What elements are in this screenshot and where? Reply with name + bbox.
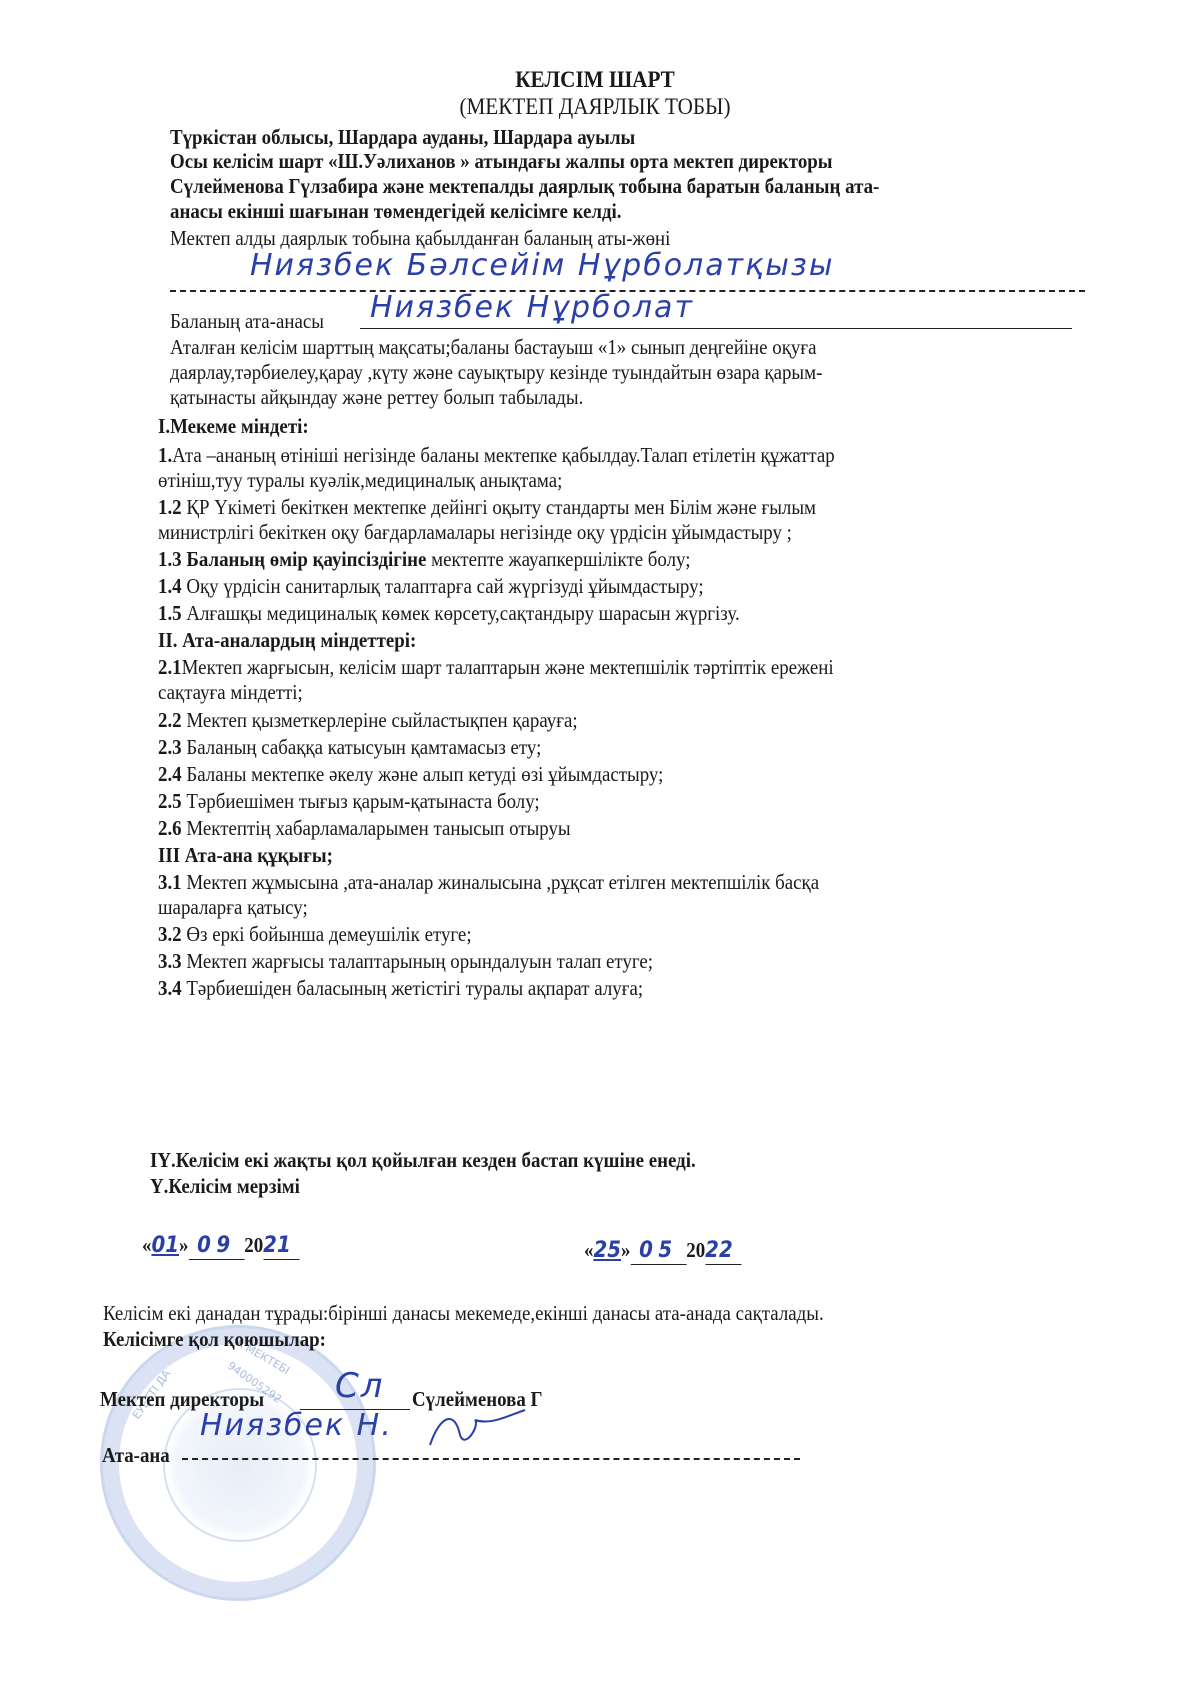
intro-line-3: анасы екінші шағынан төмендегідей келісі… <box>170 198 622 224</box>
item-bold-text: Баланың өмір қауіпсіздігіне <box>182 547 427 571</box>
date-start-month[interactable]: 09 <box>188 1233 244 1260</box>
section2-item-5: 2.5 Тәрбиешімен тығыз қарым-қатынаста бо… <box>158 788 540 814</box>
section1-heading: І.Мекеме міндеті: <box>158 413 309 439</box>
item-number: 2.2 <box>158 708 182 732</box>
date-end-year[interactable]: 22 <box>705 1238 741 1265</box>
item-number: 1. <box>158 443 172 467</box>
section3-item-2: 3.2 Өз еркі бойынша демеушілік етуге; <box>158 921 472 947</box>
item-number: 2.3 <box>158 735 182 759</box>
copies-note: Келісім екі данадан тұрады:бірінші данас… <box>103 1300 824 1326</box>
section1-item-2-cont: министрлігі бекіткен оқу бағдарламалары … <box>158 519 792 545</box>
item-text: мектепте жауапкершілікте болу; <box>426 547 690 571</box>
date-end-day[interactable]: 25 <box>593 1238 621 1263</box>
parent-signature-flourish-icon <box>420 1405 530 1455</box>
section2-heading: ІІ. Ата-аналардың міндеттері: <box>158 627 416 653</box>
item-text: Мектеп қызметкерлеріне сыйластықпен қара… <box>182 708 578 732</box>
item-text: Ата –ананың өтініші негізінде баланы мек… <box>172 443 835 467</box>
date-start-year[interactable]: 21 <box>263 1233 299 1260</box>
section2-item-6: 2.6 Мектептің хабарламаларымен танысып о… <box>158 815 571 841</box>
item-number: 1.2 <box>158 495 182 519</box>
parent-name-field[interactable]: Ниязбек Нұрболат <box>370 290 694 325</box>
section3-item-4: 3.4 Тәрбиешіден баласының жетістігі тура… <box>158 975 643 1001</box>
section2-item-1: 2.1Мектеп жарғысын, келісім шарт талапта… <box>158 654 834 680</box>
signatories-heading: Келісімге қол қоюшылар: <box>103 1326 326 1352</box>
item-text: Оқу үрдісін санитарлық талаптарға сай жү… <box>182 574 704 598</box>
item-number: 2.1 <box>158 655 182 679</box>
item-text: ҚР Үкіметі бекіткен мектепке дейінгі оқы… <box>182 495 816 519</box>
item-number: 2.4 <box>158 762 182 786</box>
item-text: Баланың сабаққа катысуын қамтамасыз ету; <box>182 735 542 759</box>
section3-heading: ІІІ Ата-ана құқығы; <box>158 842 333 868</box>
purpose-line-1: Аталған келісім шарттың мақсаты;баланы б… <box>170 334 817 360</box>
intro-line-1: Осы келісім шарт «Ш.Уәлиханов » атындағы… <box>170 148 833 174</box>
section1-item-1: 1.Ата –ананың өтініші негізінде баланы м… <box>158 442 835 468</box>
item-number: 3.2 <box>158 922 182 946</box>
section2-item-1-cont: сақтауға міндетті; <box>158 679 303 705</box>
item-text: Мектеп жұмысына ,ата-аналар жиналысына ,… <box>182 870 819 894</box>
section1-item-5: 1.5 Алғашқы медициналық көмек көрсету,са… <box>158 600 740 626</box>
item-text: Алғашқы медициналық көмек көрсету,сақтан… <box>182 601 740 625</box>
intro-line-2: Сүлейменова Гүлзабира және мектепалды да… <box>170 173 879 199</box>
parent-sign-label: Ата-ана <box>102 1442 170 1468</box>
section5-heading: Ү.Келісім мерзімі <box>150 1173 300 1199</box>
section3-item-1-cont: шараларға қатысу; <box>158 894 308 920</box>
item-text: Өз еркі бойынша демеушілік етуге; <box>182 922 472 946</box>
date-start: «01»092021 <box>142 1232 299 1260</box>
item-number: 1.4 <box>158 574 182 598</box>
section1-item-2: 1.2 ҚР Үкіметі бекіткен мектепке дейінгі… <box>158 494 816 520</box>
date-end-month[interactable]: 05 <box>630 1238 686 1265</box>
section3-item-3: 3.3 Мектеп жарғысы талаптарының орындалу… <box>158 948 653 974</box>
item-number: 3.1 <box>158 870 182 894</box>
item-number: 2.6 <box>158 816 182 840</box>
item-number: 3.4 <box>158 976 182 1000</box>
date-start-day[interactable]: 01 <box>151 1233 179 1258</box>
item-number: 3.3 <box>158 949 182 973</box>
item-text: Мектеп жарғысын, келісім шарт талаптарын… <box>182 655 834 679</box>
director-signature[interactable]: Сл <box>335 1366 384 1406</box>
section2-item-3: 2.3 Баланың сабаққа катысуын қамтамасыз … <box>158 734 541 760</box>
item-number: 1.3 <box>158 547 182 571</box>
section1-item-4: 1.4 Оқу үрдісін санитарлық талаптарға са… <box>158 573 704 599</box>
parent-name-label: Баланың ата-анасы <box>170 308 324 334</box>
purpose-line-3: қатынасты айқындау және реттеу болып таб… <box>170 384 583 410</box>
item-number: 2.5 <box>158 789 182 813</box>
section1-item-3: 1.3 Баланың өмір қауіпсіздігіне мектепте… <box>158 546 691 572</box>
item-number: 1.5 <box>158 601 182 625</box>
parent-signature[interactable]: Ниязбек Н. <box>200 1408 393 1443</box>
document-title: КЕЛСІМ ШАРТ <box>48 66 1143 94</box>
section3-item-1: 3.1 Мектеп жұмысына ,ата-аналар жиналысы… <box>158 869 819 895</box>
child-name-field[interactable]: Ниязбек Бәлсейім Нұрболатқызы <box>250 248 835 283</box>
location-line: Түркістан облысы, Шардара ауданы, Шардар… <box>170 124 635 150</box>
item-text: Тәрбиешімен тығыз қарым-қатынаста болу; <box>182 789 540 813</box>
item-text: Мектеп жарғысы талаптарының орындалуын т… <box>182 949 653 973</box>
item-text: Тәрбиешіден баласының жетістігі туралы а… <box>182 976 644 1000</box>
item-text: Мектептің хабарламаларымен танысып отыру… <box>182 816 571 840</box>
purpose-line-2: даярлау,тәрбиелеу,қарау ,күту және сауық… <box>170 359 822 385</box>
section2-item-2: 2.2 Мектеп қызметкерлеріне сыйластықпен … <box>158 707 578 733</box>
parent-signature-line <box>182 1458 800 1460</box>
parent-name-line <box>360 328 1072 329</box>
date-end: «25»052022 <box>584 1237 741 1265</box>
item-text: Баланы мектепке әкелу және алып кетуді ө… <box>182 762 664 786</box>
document-subtitle: (МЕКТЕП ДАЯРЛЫК ТОБЫ) <box>48 93 1143 121</box>
section1-item-1-cont: өтініш,туу туралы куәлік,медициналық аны… <box>158 467 562 493</box>
section2-item-4: 2.4 Баланы мектепке әкелу және алып кету… <box>158 761 663 787</box>
section4-line: ІҮ.Келісім екі жақты қол қойылған кезден… <box>150 1147 696 1173</box>
